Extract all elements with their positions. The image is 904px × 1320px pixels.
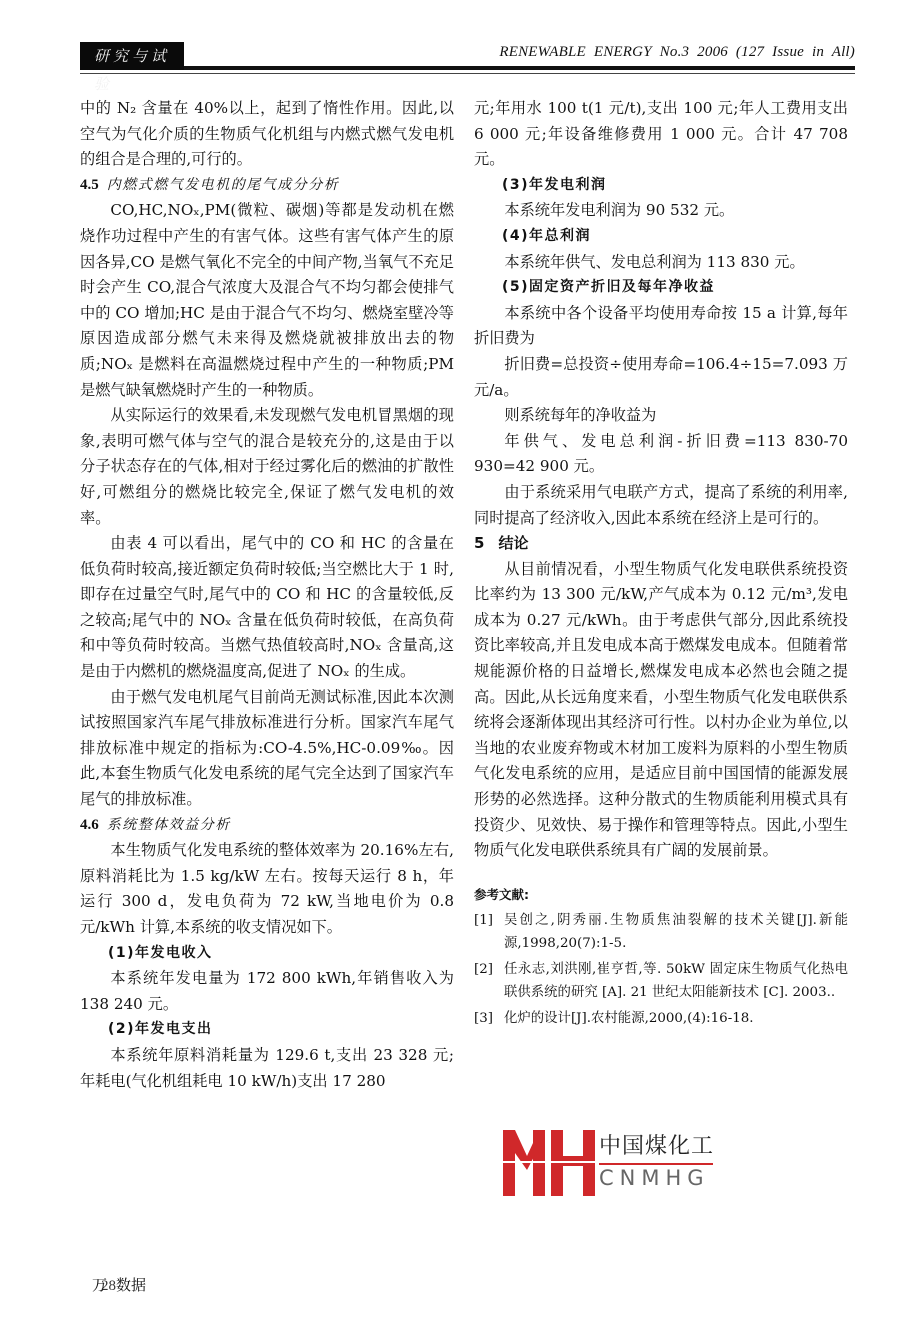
logo-chinese-text: 中国煤化工 <box>599 1129 714 1160</box>
section-tab: 研究与试验 <box>80 42 184 70</box>
paragraph: 由于系统采用气电联产方式，提高了系统的利用率,同时提高了经济收入,因此本系统在经… <box>474 480 848 531</box>
section-heading-5: 5结论 <box>474 531 848 557</box>
mh-logo-icon <box>503 1130 595 1196</box>
formula-depreciation: 折旧费=总投资÷使用寿命=106.4÷15=7.093 万元/a。 <box>474 352 848 403</box>
subsection-title: 内燃式燃气发电机的尾气成分分析 <box>107 177 340 193</box>
cnmhg-watermark-logo: 中国煤化工 CNMHG <box>503 1130 715 1196</box>
paragraph: 由表 4 可以看出，尾气中的 CO 和 HC 的含量在低负荷时较高,接近额定负荷… <box>80 531 454 685</box>
paragraph: 本系统中各个设备平均使用寿命按 15 a 计算,每年折旧费为 <box>474 301 848 352</box>
subsection-heading-4-6: 4.6系统整体效益分析 <box>80 813 454 839</box>
running-header: 研究与试验 RENEWABLE ENERGY No.3 2006 (127 Is… <box>80 42 855 72</box>
reference-text: 化炉的设计[J].农村能源,2000,(4):16-18. <box>504 1007 848 1030</box>
paragraph: 本系统年发电利润为 90 532 元。 <box>474 198 848 224</box>
reference-number: [1] <box>474 909 504 955</box>
paragraph: 由于燃气发电机尾气目前尚无测试标准,因此本次测试按照国家汽车尾气排放标准进行分析… <box>80 685 454 813</box>
logo-english-text: CNMHG <box>599 1166 710 1190</box>
paragraph: 元;年用水 100 t(1 元/t),支出 100 元;年人工费用支出 6 00… <box>474 96 848 173</box>
subsection-number: 4.6 <box>80 817 99 833</box>
source-watermark: 万28数据 <box>92 1276 146 1294</box>
subsection-number: 4.5 <box>80 177 99 193</box>
journal-citation: RENEWABLE ENERGY No.3 2006 (127 Issue in… <box>499 44 855 61</box>
item-heading: (5)固定资产折旧及每年净收益 <box>474 275 848 301</box>
reference-item: [2] 任永志,刘洪刚,崔亨哲,等. 50kW 固定床生物质气化热电联供系统的研… <box>474 958 848 1004</box>
item-heading: (4)年总利润 <box>474 224 848 250</box>
reference-item: [1] 吴创之,阴秀丽.生物质焦油裂解的技术关键[J].新能源,1998,20(… <box>474 909 848 955</box>
paragraph: 本系统年原料消耗量为 129.6 t,支出 23 328 元;年耗电(气化机组耗… <box>80 1043 454 1094</box>
page-footer: 万28数据 <box>92 1274 146 1295</box>
left-column: 中的 N₂ 含量在 40%以上，起到了惰性作用。因此,以空气为气化介质的生物质气… <box>80 96 454 1094</box>
reference-text: 任永志,刘洪刚,崔亨哲,等. 50kW 固定床生物质气化热电联供系统的研究 [A… <box>504 958 848 1004</box>
paragraph: 则系统每年的净收益为 <box>474 403 848 429</box>
logo-divider <box>599 1163 713 1165</box>
paragraph: 从目前情况看，小型生物质气化发电联供系统投资比率约为 13 300 元/kW,产… <box>474 557 848 864</box>
reference-number: [2] <box>474 958 504 1004</box>
paragraph: 本生物质气化发电系统的整体效率为 20.16%左右,原料消耗比为 1.5 kg/… <box>80 838 454 940</box>
formula-net-income: 年供气、发电总利润-折旧费=113 830-70 930=42 900 元。 <box>474 429 848 480</box>
subsection-title: 系统整体效益分析 <box>107 817 231 833</box>
item-heading: (2)年发电支出 <box>80 1017 454 1043</box>
item-heading: (1)年发电收入 <box>80 941 454 967</box>
paragraph: 中的 N₂ 含量在 40%以上，起到了惰性作用。因此,以空气为气化介质的生物质气… <box>80 96 454 173</box>
item-heading: (3)年发电利润 <box>474 173 848 199</box>
section-number: 5 <box>474 534 484 552</box>
right-column: 元;年用水 100 t(1 元/t),支出 100 元;年人工费用支出 6 00… <box>474 96 848 1030</box>
reference-text: 吴创之,阴秀丽.生物质焦油裂解的技术关键[J].新能源,1998,20(7):1… <box>504 909 848 955</box>
subsection-heading-4-5: 4.5内燃式燃气发电机的尾气成分分析 <box>80 173 454 199</box>
reference-item: [3] 化炉的设计[J].农村能源,2000,(4):16-18. <box>474 1007 848 1030</box>
section-title: 结论 <box>498 534 528 552</box>
paragraph: 本系统年发电量为 172 800 kWh,年销售收入为 138 240 元。 <box>80 966 454 1017</box>
header-rule-thick <box>184 66 855 70</box>
paragraph: 从实际运行的效果看,未发现燃气发电机冒黑烟的现象,表明可燃气体与空气的混合是较充… <box>80 403 454 531</box>
references-title: 参考文献: <box>474 884 848 906</box>
header-rule-thin <box>80 73 855 74</box>
paragraph: CO,HC,NOₓ,PM(微粒、碳烟)等都是发动机在燃烧作功过程中产生的有害气体… <box>80 198 454 403</box>
paragraph: 本系统年供气、发电总利润为 113 830 元。 <box>474 250 848 276</box>
reference-number: [3] <box>474 1007 504 1030</box>
page-number: 28 <box>101 1278 116 1294</box>
